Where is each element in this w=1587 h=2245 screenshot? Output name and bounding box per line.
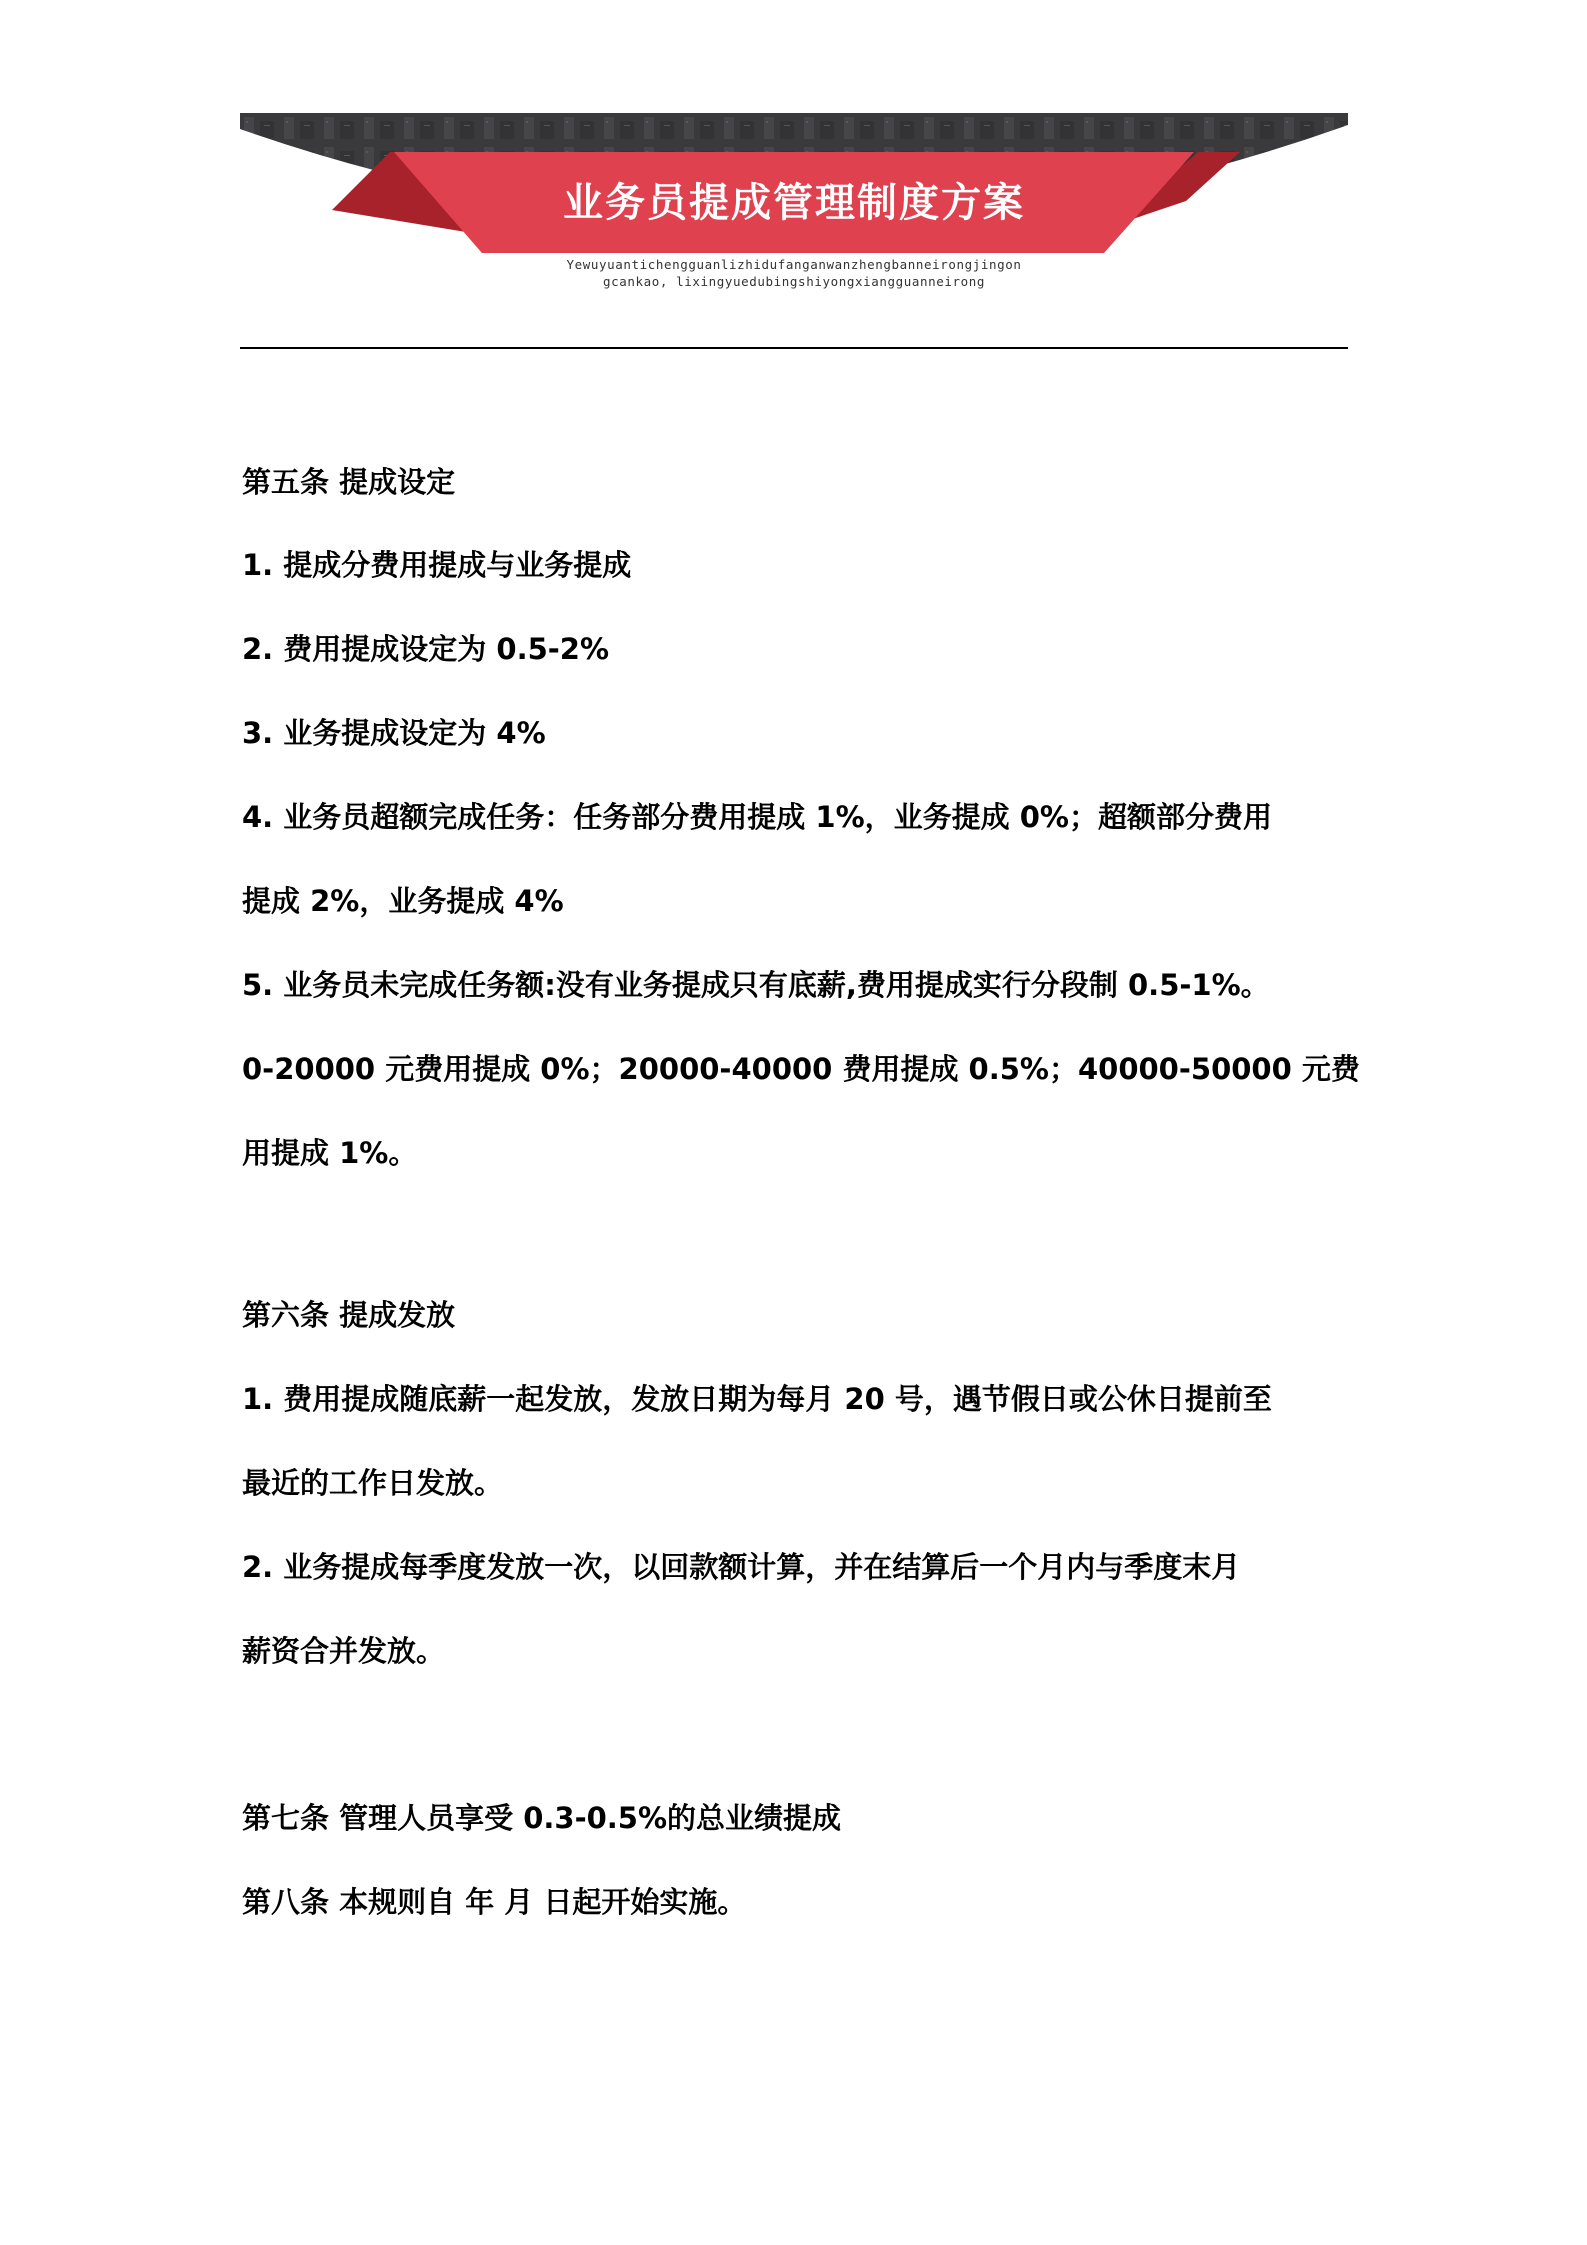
section-heading: 第七条 管理人员享受 0.3-0.5%的总业绩提成 — [242, 1800, 841, 1836]
paragraph-line: 3. 业务提成设定为 4% — [242, 715, 546, 751]
paragraph-line: 1. 费用提成随底薪一起发放，发放日期为每月 20 号，遇节假日或公休日提前至 — [242, 1381, 1272, 1417]
paragraph-line: 提成 2%，业务提成 4% — [242, 883, 564, 919]
paragraph-line: 用提成 1%。 — [242, 1135, 417, 1171]
paragraph-line: 2. 业务提成每季度发放一次，以回款额计算，并在结算后一个月内与季度末月 — [242, 1549, 1240, 1585]
header-banner: 业务员提成管理制度方案 Yewuyuantichengguanlizhidufa… — [240, 113, 1348, 313]
paragraph-line: 薪资合并发放。 — [242, 1633, 445, 1669]
paragraph-line: 1. 提成分费用提成与业务提成 — [242, 547, 631, 583]
paragraph-line: 2. 费用提成设定为 0.5-2% — [242, 631, 609, 667]
pinyin-line-1: Yewuyuantichengguanlizhidufanganwanzheng… — [240, 256, 1348, 273]
pinyin-line-2: gcankao, lixingyuedubingshiyongxiangguan… — [240, 273, 1348, 290]
section-heading: 第五条 提成设定 — [242, 464, 455, 500]
paragraph-line: 0-20000 元费用提成 0%；20000-40000 费用提成 0.5%；4… — [242, 1051, 1360, 1087]
pinyin-subtitle: Yewuyuantichengguanlizhidufanganwanzheng… — [240, 256, 1348, 290]
paragraph-line: 5. 业务员未完成任务额:没有业务提成只有底薪,费用提成实行分段制 0.5-1%… — [242, 967, 1270, 1003]
section-heading: 第八条 本规则自 年 月 日起开始实施。 — [242, 1884, 746, 1920]
paragraph-line: 4. 业务员超额完成任务：任务部分费用提成 1%，业务提成 0%；超额部分费用 — [242, 799, 1272, 835]
header-divider — [240, 347, 1348, 349]
document-title: 业务员提成管理制度方案 — [240, 171, 1348, 228]
paragraph-line: 最近的工作日发放。 — [242, 1465, 503, 1501]
section-heading: 第六条 提成发放 — [242, 1297, 455, 1333]
